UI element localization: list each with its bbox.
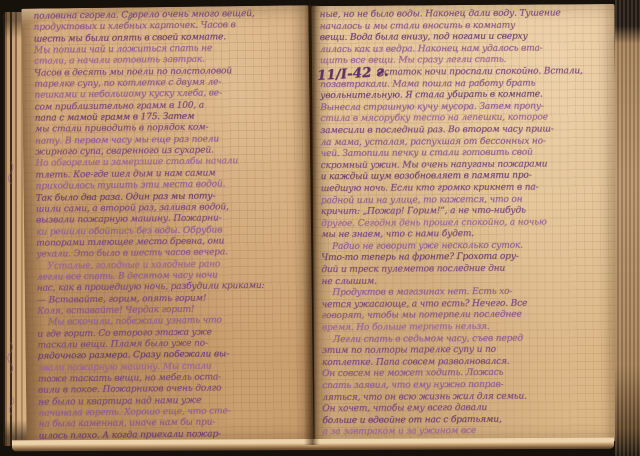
right-page: 11/I-42 г. ные, но не было воды. Наконец…: [311, 4, 617, 443]
left-page: ✓ половина сгорела. Сгорело очень много …: [21, 5, 313, 444]
right-fore-edge: [615, 0, 640, 456]
binding-gutter-shadow: [304, 5, 320, 445]
entry-11-01-42-text: Остаток ночи проспали спокойно. Встали,п…: [320, 66, 617, 439]
left-page-text: половина сгорела. Сгорело очень много ве…: [33, 8, 312, 442]
entry-continuation-text: ные, но не было воды. Наконец дали воду.…: [320, 8, 614, 68]
diary-photo: ✓ половина сгорела. Сгорело очень много …: [0, 0, 640, 456]
